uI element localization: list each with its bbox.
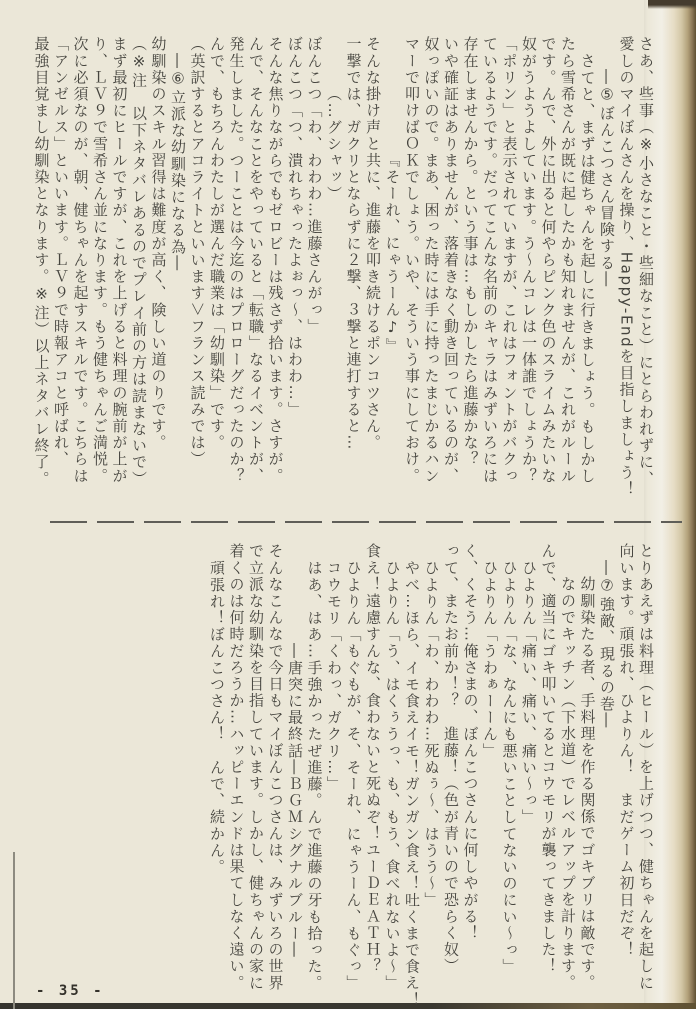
text-column: マーで叩けばＯＫでしょう。いや、そういう事にしておけ。 bbox=[402, 36, 422, 518]
text-column: ひよりん「もぐもが、そ、そーれ、にゃうーん、もぐっ」 bbox=[343, 543, 363, 998]
text-column: なのでキッチン（下水道）でレベルアップを計ります。 bbox=[558, 543, 578, 998]
text-column: （※注 以下ネタバレあるのでプレイ前の方は読まないで） bbox=[129, 36, 149, 518]
text-column: とりあえずは料理（ヒール）を上げつつ、健ちゃんを起しに bbox=[636, 543, 656, 998]
text-column: り、ＬＶ９で雪希さん並になります。もう健ちゃんご満悦。 bbox=[90, 36, 110, 518]
text-column: ―⑥立派な幼馴染になる為― bbox=[168, 36, 188, 518]
text-column: です。んで、外に出ると何やらピンク色のスライムみたいな bbox=[538, 36, 558, 518]
text-column: 奴がうようよしています。う～んコレは一体誰でしょうか？ bbox=[519, 36, 539, 518]
text-column: 次に必須なのが、朝、健ちゃんを起すスキルです。こちらは bbox=[70, 36, 90, 518]
text-column: たら雪希さんが既に起したかも知れませんが、これがルール bbox=[558, 36, 578, 518]
text-column: そんな掛け声と共に、進藤を叩き続けるポンコツさん。 bbox=[363, 36, 383, 518]
text-column: ―⑤ぼんこつさん冒険する― bbox=[597, 36, 617, 518]
text-column: ひよりん「な、なんにも悪いことしてないのにい～っ」 bbox=[499, 543, 519, 998]
text-column: ひよりん「うわぁーーん」 bbox=[480, 543, 500, 998]
text-column: 奴っぽいので。まあ、困った時には手に持ったまじかるハン bbox=[421, 36, 441, 518]
text-column: 食え！遠慮すんな、食わないと死ぬぞ！ユーＤＥＡＴＨ？ bbox=[363, 543, 383, 998]
text-column: 最強目覚まし幼馴染となります。※注）以上ネタバレ終了。 bbox=[31, 36, 51, 518]
scanned-page: さあ、些事（※小さなこと・些細なこと）にとらわれずに、愛しのマイぼんさんを操り、… bbox=[0, 0, 696, 1009]
text-column: 向います。頑張れ、ひよりん！ まだゲーム初日だぞ！ bbox=[616, 543, 636, 998]
text-column: 幼馴染のスキル習得は難度が高く、険しい道のりです。 bbox=[148, 36, 168, 518]
page-number: - 35 - bbox=[36, 983, 105, 999]
top-text-block: さあ、些事（※小さなこと・些細なこと）にとらわれずに、愛しのマイぼんさんを操り、… bbox=[31, 36, 655, 518]
text-column: 「アンゼルス」といいます。ＬＶ９で時報アコと呼ばれ、 bbox=[51, 36, 71, 518]
text-column: ひよりん「う、はくぅうっ、も、もう、食べれないよ～」 bbox=[382, 543, 402, 998]
text-column: 一撃では、ガクリとならずに２撃、３撃と連打すると… bbox=[343, 36, 363, 518]
text-column: く、くそう…俺さまの、ぼんこつさんに何しやがる！ bbox=[460, 543, 480, 998]
text-column: 幼馴染たる者、手料理を作る関係でゴキブリは敵です。 bbox=[577, 543, 597, 998]
text-column: いや確証はありませんが、落着きなく動き回っているのが、 bbox=[441, 36, 461, 518]
text-column: まず最初にヒールですが、これを上げると料理の腕前が上が bbox=[109, 36, 129, 518]
text-column: そんな焦りながらでもゼロビーは残さず拾います。さすが。 bbox=[265, 36, 285, 518]
text-column: ひよりん「痛い、痛い、痛い～っ」 bbox=[519, 543, 539, 998]
text-column: （…グシャッ） bbox=[324, 36, 344, 518]
text-column: ―⑦強敵、現るの巻― bbox=[597, 543, 617, 998]
text-column: さてと、まずは健ちゃんを起しに行きましょう。もしかし bbox=[577, 36, 597, 518]
text-column: 愛しのマイぼんさんを操り、Happy-Endを目指しましょう！ bbox=[616, 36, 636, 518]
text-column: そんなこんなで今日もマイぼんこつさんは、みずいろの世界 bbox=[265, 543, 285, 998]
bottom-scan-edge bbox=[0, 1003, 696, 1009]
text-column: ぼんこつ「つ、潰れちゃったよぉっ～、はわわ…」 bbox=[285, 36, 305, 518]
section-divider-rule bbox=[50, 521, 682, 523]
text-column: で立派な幼馴染を目指しています。しかし、健ちゃんの家に bbox=[246, 543, 266, 998]
text-column: 頑張れ！ぼんこつさん！ んで、続かん。 bbox=[207, 543, 227, 998]
text-column: 着くのは何時だろうか…ハッピーエンドは果てしなく遠い。 bbox=[226, 543, 246, 998]
left-scan-line bbox=[13, 852, 15, 1009]
text-column: んで、もちろんわたしが選んだ職業は「幼馴染」です。 bbox=[207, 36, 227, 518]
text-column: って、またお前か！？ 進藤！（色が青いので恐らく奴） bbox=[441, 543, 461, 998]
text-column: はあ、はあ…手強かったぜ進藤。んで進藤の牙も拾った。 bbox=[304, 543, 324, 998]
text-column: コウモリ「くわっ、ガクリ…」 bbox=[324, 543, 344, 998]
text-column: やべ…ほら、イモ食えイモ！ガンガン食え！吐くまで食え！ bbox=[402, 543, 422, 998]
text-column: ているようです。だってこんな名前のキャラはみずいろには bbox=[480, 36, 500, 518]
text-column: 『そーれ、にゃうーん♪』 bbox=[382, 36, 402, 518]
text-column: さあ、些事（※小さなこと・些細なこと）にとらわれずに、 bbox=[636, 36, 656, 518]
text-column: ぼんこつ「わ、わわわ…進藤さんがっ」 bbox=[304, 36, 324, 518]
text-column: ―唐突に最終話―ＢＧＭシグナルブルー― bbox=[285, 543, 305, 998]
text-column: ひよりん「わ、わわわ…死ぬぅ～、はうう～」 bbox=[421, 543, 441, 998]
text-column: んで、そんなことをやっていると「転職」なるイベントが、 bbox=[246, 36, 266, 518]
text-column: （英訳するとアコライトといいます＞フランス読みでは） bbox=[187, 36, 207, 518]
bottom-text-block: とりあえずは料理（ヒール）を上げつつ、健ちゃんを起しに向います。頑張れ、ひよりん… bbox=[207, 543, 656, 998]
top-right-scan-shadow bbox=[648, 0, 696, 9]
text-column: 「ポリン」と表示されていますが、これはフォントがバクっ bbox=[499, 36, 519, 518]
text-column: 発生しました。つーことは今迄のはプロローグだったのか？ bbox=[226, 36, 246, 518]
text-column: んで、適当にゴキ叩いてるとコウモリが襲ってきました！ bbox=[538, 543, 558, 998]
text-column: 存在しませんから。という事は…もしかしたら進藤かな？ bbox=[460, 36, 480, 518]
